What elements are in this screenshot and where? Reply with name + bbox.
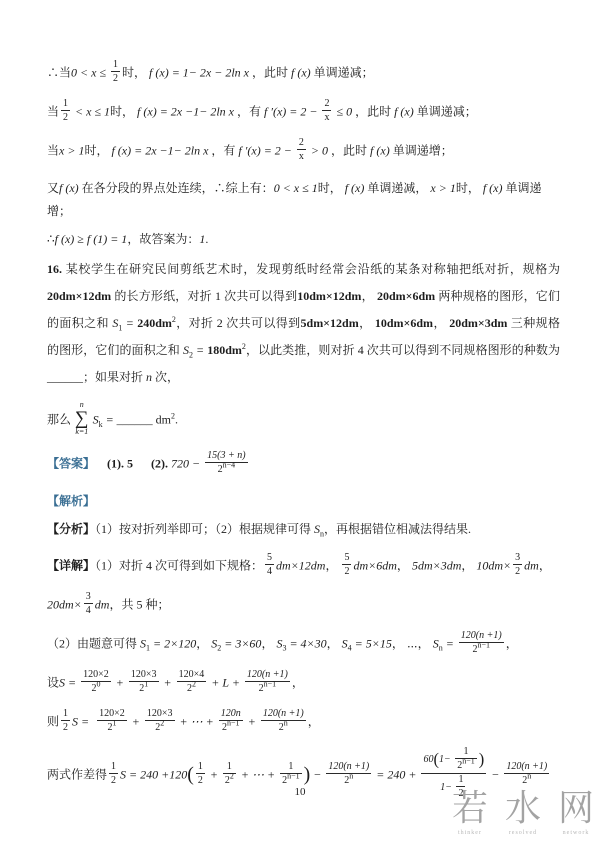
math-run: + bbox=[129, 714, 143, 728]
fraction: 54 bbox=[265, 551, 274, 578]
math-bold-run: 5dm×12dm bbox=[301, 316, 359, 330]
text-run: 时， bbox=[110, 104, 137, 118]
fraction: 120(n +1)2n−1 bbox=[245, 668, 290, 695]
math-run: 120(n +1) bbox=[263, 708, 304, 719]
text-run: ，故答案为： bbox=[127, 232, 199, 246]
superscript: n−4 bbox=[223, 461, 236, 470]
math-run: 20dm× bbox=[47, 597, 82, 611]
math-bold-run: 20dm×12dm bbox=[47, 289, 111, 303]
math-run: + bbox=[207, 767, 221, 781]
fraction: 120×220 bbox=[81, 668, 111, 695]
math-run: f (x) = 1− 2x − 2ln x bbox=[149, 65, 249, 79]
analysis-header: 【解析】 bbox=[47, 490, 560, 513]
text-run: 那么 bbox=[47, 413, 71, 427]
solution-series-s: 设S = 120×220 + 120×321 + 120×422 + L + 1… bbox=[47, 670, 560, 697]
text-run: ，此时 bbox=[352, 104, 394, 118]
math-run: + ⋯ + bbox=[177, 714, 217, 728]
text-run: 120×4 bbox=[179, 669, 205, 680]
fraction: 2x bbox=[297, 136, 306, 163]
section-label: 【解析】 bbox=[47, 494, 95, 508]
text-run: 1 bbox=[63, 708, 68, 719]
math-run: + bbox=[245, 714, 259, 728]
text-run: ， bbox=[292, 675, 304, 689]
math-run: f (x) = 2x −1− 2ln x bbox=[111, 143, 208, 157]
math-run: = 4×30 bbox=[286, 636, 326, 650]
text-run: 2 bbox=[113, 73, 118, 84]
text-run: 1 bbox=[458, 774, 463, 785]
text-run: 1 bbox=[113, 59, 118, 70]
superscript: n−1 bbox=[264, 679, 277, 688]
fraction: 120×321 bbox=[129, 668, 159, 695]
math-run: dm×12dm bbox=[276, 558, 325, 572]
fraction: 120n2n−1 bbox=[219, 707, 243, 734]
math-run: 60 bbox=[423, 753, 433, 764]
superscript: n bbox=[284, 718, 288, 727]
solution-part1-line2: 20dm×34dm，共 5 种； bbox=[47, 592, 560, 619]
watermark-logo: 若thinker水resolved网network bbox=[452, 787, 594, 836]
summation-symbol: n∑k=1 bbox=[75, 401, 89, 437]
math-run: + bbox=[161, 675, 175, 689]
math-run: x > 1 bbox=[430, 181, 455, 195]
answer-line: 【答案】 (1). 5 (2). 720 − 15(3 + n)2n−4 bbox=[47, 451, 560, 478]
text-run: 1 bbox=[463, 746, 468, 757]
text-run: （2）由题意可得 bbox=[47, 636, 140, 650]
text-run: 单调递减； bbox=[311, 65, 374, 79]
watermark-caption: network bbox=[563, 830, 590, 836]
text-run: 1 bbox=[227, 761, 232, 772]
watermark-column: 网network bbox=[558, 787, 594, 836]
math-run: S = bbox=[59, 675, 79, 689]
math-bold-run: 180dm bbox=[207, 343, 242, 357]
math-run: f (x) bbox=[370, 143, 390, 157]
fraction: 12 bbox=[61, 707, 70, 734]
math-bold-run: 10dm×12dm bbox=[297, 289, 361, 303]
text-run: 1 bbox=[288, 761, 293, 772]
text-run: 的长方形纸，对折 1 次共可以得到 bbox=[111, 289, 297, 303]
text-run: ， bbox=[397, 558, 412, 572]
math-run: dm bbox=[524, 558, 539, 572]
math-bold-run: 20dm×3dm bbox=[449, 316, 507, 330]
text-run: 单调递增； bbox=[390, 143, 453, 157]
final-answer-line: ∴f (x) ≥ f (1) = 1，故答案为：1. bbox=[47, 228, 560, 251]
superscript: 0 bbox=[96, 679, 100, 688]
document-page: ∴当0 < x ≤ 12时， f (x) = 1− 2x − 2ln x ，此时… bbox=[0, 0, 600, 848]
superscript: n bbox=[349, 771, 353, 780]
text-run: . bbox=[175, 413, 178, 427]
text-run: （1）对折 4 次可得到如下规格： bbox=[95, 558, 263, 572]
text-run: 时， bbox=[84, 143, 111, 157]
text-run: 3 bbox=[86, 591, 91, 602]
text-run: ∴当 bbox=[47, 65, 71, 79]
math-run: S = bbox=[72, 714, 95, 728]
analysis-line: 【分析】（1）按对折列举即可；（2）根据规律可得 Sn，再根据错位相减法得结果. bbox=[47, 518, 560, 541]
text-run: ，此时 bbox=[249, 65, 291, 79]
fraction: 120(n +1)2n bbox=[326, 760, 371, 787]
text-run: 时， bbox=[318, 181, 345, 195]
math-run: 0 < x ≤ 1 bbox=[274, 181, 318, 195]
math-run: 120n bbox=[221, 708, 241, 719]
text-run: 1 bbox=[111, 761, 116, 772]
superscript: 1 bbox=[112, 718, 116, 727]
watermark-caption: thinker bbox=[458, 830, 482, 836]
fraction: 32 bbox=[513, 551, 522, 578]
text-run: ，此时 bbox=[328, 143, 370, 157]
fraction: 122 bbox=[223, 760, 236, 787]
math-run: f (x) = 2x −1− 2ln x bbox=[137, 104, 234, 118]
text-run: 2 bbox=[299, 137, 304, 148]
math-run: 120(n +1) bbox=[461, 630, 502, 641]
fraction: 120×322 bbox=[145, 707, 175, 734]
monotonic-case-3: 当x > 1时， f (x) = 2x −1− 2ln x ，有 f ′(x) … bbox=[47, 138, 560, 165]
text-run: 单调递减； bbox=[414, 104, 477, 118]
fraction: 120(n +1)2n bbox=[504, 760, 549, 787]
text-run: ， bbox=[506, 636, 518, 650]
math-run: 120(n +1) bbox=[506, 761, 547, 772]
text-run: ______ dm bbox=[117, 413, 171, 427]
fraction: 120(n +1)2n−1 bbox=[459, 629, 504, 656]
text-run: ， bbox=[539, 558, 551, 572]
text-run: 1 bbox=[63, 98, 68, 109]
text-run: 3 bbox=[515, 552, 520, 563]
superscript: n−1 bbox=[462, 756, 475, 765]
math-run: 1− bbox=[439, 753, 453, 764]
fraction: 12 bbox=[196, 760, 205, 787]
superscript: 2 bbox=[192, 679, 196, 688]
math-run: + ⋯ + bbox=[238, 767, 278, 781]
fraction: 2x bbox=[322, 97, 331, 124]
watermark-character: 网 bbox=[558, 787, 594, 828]
text-run: 2 bbox=[111, 775, 116, 786]
math-bold-run: 10dm×6dm bbox=[375, 316, 433, 330]
text-run: x bbox=[324, 112, 329, 123]
math-run: + L + bbox=[208, 675, 243, 689]
math-run: − bbox=[488, 767, 502, 781]
continuity-summary: 又f (x) 在各分段的界点处连续，∴综上有：0 < x ≤ 1时， f (x)… bbox=[47, 177, 560, 223]
fraction: 120(n +1)2n bbox=[261, 707, 306, 734]
text-run: ， bbox=[461, 558, 476, 572]
fraction: 12 bbox=[61, 97, 70, 124]
text-run: ， bbox=[361, 289, 377, 303]
math-run: f (x) bbox=[59, 181, 79, 195]
bold-label: 16. bbox=[47, 262, 62, 276]
math-run: < x ≤ 1 bbox=[72, 104, 110, 118]
math-run: = bbox=[122, 316, 137, 330]
math-run: f (x) bbox=[291, 65, 311, 79]
math-run: f ′(x) = 2 − bbox=[238, 143, 294, 157]
text-run: ， bbox=[325, 558, 340, 572]
text-run: 2 bbox=[515, 566, 520, 577]
superscript: n−1 bbox=[478, 640, 491, 649]
math-run: = 3×60 bbox=[221, 636, 261, 650]
text-run: 5 bbox=[344, 552, 349, 563]
math-run: = 5×15 bbox=[352, 636, 392, 650]
paren: ) bbox=[479, 749, 485, 768]
math-run: x > 1 bbox=[59, 143, 84, 157]
text-run: 4 bbox=[86, 605, 91, 616]
problem-16-sum-blank: 那么n∑k=1Sk = ______ dm2. bbox=[47, 403, 560, 439]
text-run: ， bbox=[308, 714, 320, 728]
math-run: 120(n +1) bbox=[247, 669, 288, 680]
watermark-caption: resolved bbox=[509, 830, 537, 836]
solution-part1-line1: 【详解】（1）对折 4 次可得到如下规格：54dm×12dm， 52dm×6dm… bbox=[47, 553, 560, 580]
superscript: 2 bbox=[230, 771, 234, 780]
math-run: 5dm×3dm bbox=[412, 558, 461, 572]
problem-16-statement: 16. 某校学生在研究民间剪纸艺术时，发现剪纸时经常会沿纸的某条对称轴把纸对折，… bbox=[47, 256, 560, 391]
math-run: 0 < x ≤ bbox=[71, 65, 109, 79]
math-run: = 2×120 bbox=[150, 636, 196, 650]
math-run: f (x) bbox=[394, 104, 414, 118]
text-run: ，共 5 种； bbox=[109, 597, 169, 611]
math-run: f (x) bbox=[345, 181, 365, 195]
fraction: 12n−1 bbox=[280, 760, 302, 787]
text-run: 则 bbox=[47, 714, 59, 728]
text-run: ，有 bbox=[208, 143, 238, 157]
text-run: 2 bbox=[324, 98, 329, 109]
text-run: x bbox=[299, 151, 304, 162]
math-run: f ′(x) = 2 − bbox=[264, 104, 320, 118]
fraction: 15(3 + n)2n−4 bbox=[205, 449, 247, 476]
text-run: 120×2 bbox=[83, 669, 109, 680]
solution-part2-terms: （2）由题意可得 S1 = 2×120， S2 = 3×60， S3 = 4×3… bbox=[47, 631, 560, 658]
text-run: ，再根据错位相减法得结果. bbox=[324, 522, 471, 536]
math-run: 720 − bbox=[171, 456, 203, 470]
fraction: 12 bbox=[109, 760, 118, 787]
fraction: 52 bbox=[342, 551, 351, 578]
math-run: − bbox=[310, 767, 324, 781]
math-run: + bbox=[113, 675, 127, 689]
text-run: ，有 bbox=[234, 104, 264, 118]
text-run: 120×3 bbox=[147, 708, 173, 719]
document-content: ∴当0 < x ≤ 12时， f (x) = 1− 2x − 2ln x ，此时… bbox=[0, 0, 600, 803]
fraction: 12 bbox=[111, 58, 120, 85]
watermark-column: 水resolved bbox=[505, 787, 541, 836]
math-run: ≤ 0 bbox=[333, 104, 352, 118]
watermark-character: 若 bbox=[452, 787, 488, 828]
solution-series-half-s: 则12S = 120×221 + 120×322 + ⋯ + 120n2n−1 … bbox=[47, 709, 560, 736]
math-run: > 0 bbox=[308, 143, 328, 157]
fraction: 120×422 bbox=[177, 668, 207, 695]
monotonic-case-1: ∴当0 < x ≤ 12时， f (x) = 1− 2x − 2ln x ，此时… bbox=[47, 60, 560, 87]
text-run: 120×3 bbox=[131, 669, 157, 680]
text-run: ，对折 2 次共可以得到 bbox=[176, 316, 301, 330]
text-run: ， bbox=[359, 316, 375, 330]
monotonic-case-2: 当12 < x ≤ 1时， f (x) = 2x −1− 2ln x ，有 f … bbox=[47, 99, 560, 126]
text-run: 当 bbox=[47, 143, 59, 157]
math-run: dm bbox=[95, 597, 110, 611]
fraction: 34 bbox=[84, 590, 93, 617]
text-run: 1 bbox=[198, 761, 203, 772]
text-run: 两式作差得 bbox=[47, 767, 107, 781]
bold-label: 【详解】 bbox=[47, 558, 95, 572]
math-run: f (x) bbox=[483, 181, 503, 195]
text-run: ， bbox=[196, 636, 211, 650]
text-run: 时， bbox=[456, 181, 483, 195]
text-run: 又 bbox=[47, 181, 59, 195]
bold-label: (1). 5 (2). bbox=[95, 456, 171, 470]
text-run: . bbox=[205, 232, 208, 246]
text-run: ， bbox=[327, 636, 342, 650]
math-run: = 240 + bbox=[373, 767, 419, 781]
text-run: 120×2 bbox=[99, 708, 125, 719]
math-run: = bbox=[443, 636, 457, 650]
text-run: ， bbox=[433, 316, 449, 330]
math-run: f (x) ≥ f (1) = 1 bbox=[55, 232, 128, 246]
paren: ( bbox=[187, 763, 194, 785]
text-run: 5 bbox=[267, 552, 272, 563]
math-run: 15(3 + n) bbox=[207, 450, 245, 461]
superscript: n−1 bbox=[287, 771, 300, 780]
math-run: dm×6dm bbox=[353, 558, 396, 572]
math-bold-run: 20dm×6dm bbox=[377, 289, 435, 303]
math-run: S = 240 +120 bbox=[120, 767, 187, 781]
fraction: 120×221 bbox=[97, 707, 127, 734]
superscript: n bbox=[527, 771, 531, 780]
text-run: 4 bbox=[267, 566, 272, 577]
math-run: = bbox=[103, 413, 117, 427]
text-run: 次， bbox=[152, 370, 179, 384]
text-run: 当 bbox=[47, 104, 59, 118]
text-run: 2 bbox=[63, 722, 68, 733]
text-run: ∴ bbox=[47, 232, 55, 246]
math-bold-run: 240dm bbox=[137, 316, 172, 330]
text-run: 在各分段的界点处连续，∴综上有： bbox=[79, 181, 274, 195]
math-run: 10dm× bbox=[476, 558, 511, 572]
text-run: 设 bbox=[47, 675, 59, 689]
superscript: n−1 bbox=[227, 718, 240, 727]
fraction: 12n−1 bbox=[455, 745, 477, 772]
text-run: 时， bbox=[122, 65, 149, 79]
superscript: 2 bbox=[160, 718, 164, 727]
superscript: 1 bbox=[144, 679, 148, 688]
text-run: （1）按对折列举即可；（2）根据规律可得 bbox=[95, 522, 314, 536]
bold-label: 【分析】 bbox=[47, 522, 95, 536]
text-run: ， ⋯， bbox=[392, 636, 433, 650]
watermark-column: 若thinker bbox=[452, 787, 488, 836]
section-label: 【答案】 bbox=[47, 456, 95, 470]
watermark-character: 水 bbox=[505, 787, 541, 828]
text-run: 某校学生在研究民间剪纸艺术时，发现剪纸时经常会沿纸的某条对称轴把纸对折，规格为 bbox=[62, 262, 560, 276]
text-run: 单调递减， bbox=[364, 181, 430, 195]
text-run: 2 bbox=[63, 112, 68, 123]
text-run: 2 bbox=[198, 775, 203, 786]
math-run: 120(n +1) bbox=[328, 761, 369, 772]
math-run: = bbox=[193, 343, 207, 357]
text-run: 2 bbox=[344, 566, 349, 577]
text-run: ， bbox=[261, 636, 276, 650]
